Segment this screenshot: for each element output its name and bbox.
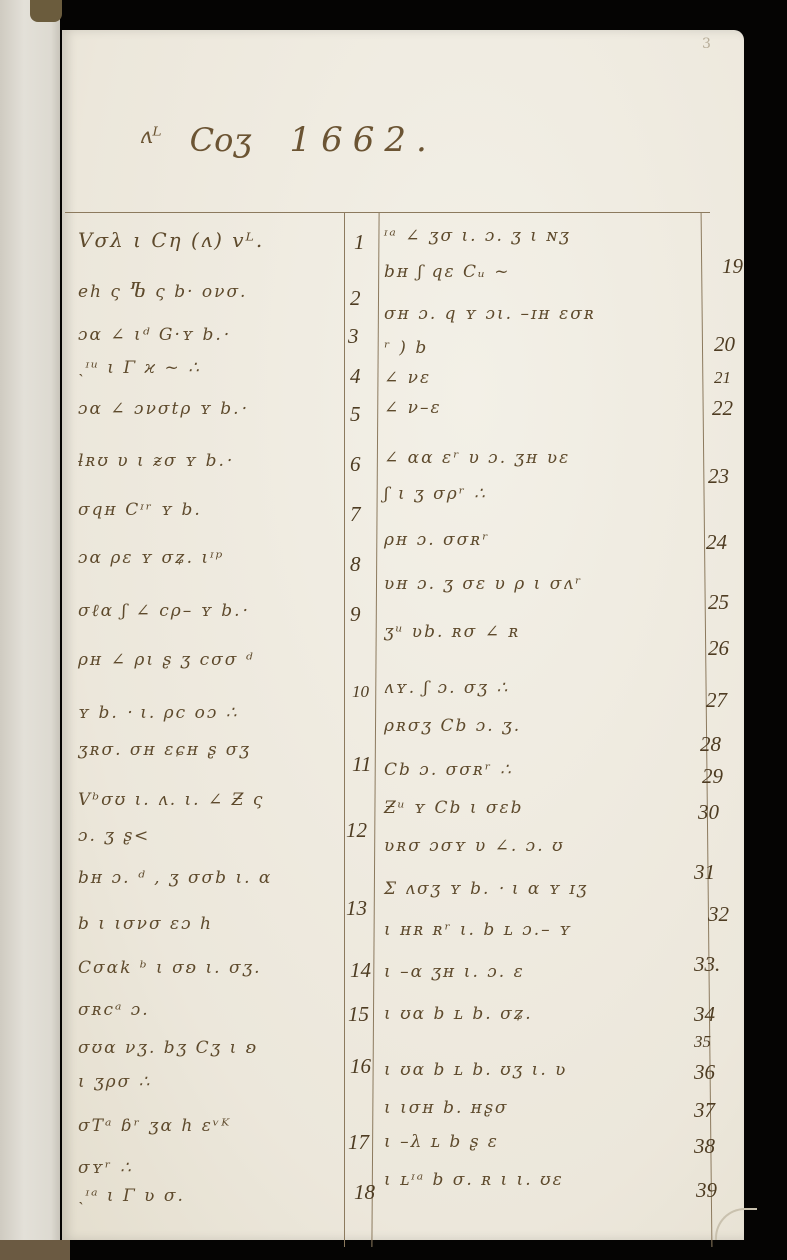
entry-line: Σ ʌσʒ ʏ b. ⸱ ι ɑ ʏ ɪʒ	[384, 876, 588, 899]
line-number: 24	[706, 530, 727, 555]
entry-line: ∠ ɑɑ ɛʳ υ ɔ. ʒʜ ʋɛ	[384, 448, 570, 468]
entry-line: ʒᵘ ʋb. ʀσ ∠ ʀ	[384, 622, 520, 642]
entry-line: ι ʊɑ b ʟ b. σʑ.	[384, 1004, 533, 1024]
entry-line: ∠ νɛ	[384, 368, 431, 388]
line-number: 35	[694, 1032, 711, 1052]
line-number: 15	[348, 1002, 369, 1027]
entry-line: b ι ισνσ ɛɔ h	[78, 914, 213, 934]
entry-line: ᶦᵃ ∠ ʒσ ι. ɔ. ʒ ι ɴʒ	[384, 226, 571, 246]
line-number: 17	[348, 1130, 369, 1155]
line-number: 26	[708, 636, 729, 661]
line-number: 12	[346, 818, 367, 843]
line-number: 38	[694, 1134, 715, 1159]
entry-line: ʌʏ. ʃ ɔ. σʒ ∴	[384, 678, 509, 698]
line-number: 1	[354, 230, 365, 255]
entry-line: ι ʒρσ ∴	[78, 1072, 151, 1092]
entry-line: eh ς Ⴊ ς b· oνσ.	[78, 282, 247, 302]
entry-line: σʀcᵃ ɔ.	[78, 1000, 150, 1020]
line-number: 22	[712, 396, 733, 421]
entry-line: ʋʜ ɔ. ʒ σɛ υ ρ ι σʌʳ	[384, 574, 583, 594]
entry-line: ι –λ ʟ b ʂ ɛ	[384, 1132, 499, 1152]
line-number: 32	[708, 902, 729, 927]
entry-line: bʜ ɔ. ᵈ , ʒ σσb ι. ɑ	[78, 868, 272, 888]
entry-line: ʳ ) b	[384, 338, 428, 358]
line-number: 25	[708, 590, 729, 615]
line-number: 27	[706, 688, 727, 713]
line-number: 20	[714, 332, 735, 357]
entry-line: ʃ ι ʒ σρʳ ∴	[384, 484, 487, 504]
page-heading: ʌᴸCoʒ1662.	[140, 120, 437, 160]
entry-line: ʒʀσ. σʜ ɛɕʜ ʂ σʒ	[78, 740, 251, 760]
entry-line: ι ισʜ b. ʜʂσ	[384, 1098, 508, 1118]
line-number: 39	[696, 1178, 717, 1203]
entry-line: σℓɑ ʃ ∠ cρ– ʏ b.⸱	[78, 598, 248, 621]
entry-line: ˎᶦᵃ ι Γ ʋ σ.	[78, 1186, 185, 1206]
line-number: 8	[350, 552, 361, 577]
entry-line: σʜ ɔ. q ʏ ɔι. –ɪʜ ɛσʀ	[384, 304, 596, 324]
binding-cover-edge	[0, 1240, 70, 1260]
entry-line: ι ʟᶦᵃ b σ. ʀ ι ι. ʊɛ	[384, 1170, 564, 1190]
heading-year: 1662.	[289, 120, 436, 160]
entry-line: Ƶᵘ ʏ Cb ι σɛb	[384, 798, 524, 818]
entry-line: ∠ ν–ɛ	[384, 398, 442, 418]
entry-line: ρʜ ɔ. σσʀʳ	[384, 530, 490, 550]
line-number: 30	[698, 800, 719, 825]
line-number: 16	[350, 1054, 371, 1079]
entry-line: ɔ. ʒ ʂ<	[78, 826, 150, 846]
entry-line: ƚʀʊ υ ι ƶσ ʏ b.⸱	[78, 448, 232, 471]
line-number: 13	[346, 896, 367, 921]
line-number: 9	[350, 602, 361, 627]
line-number: 2	[350, 286, 361, 311]
entry-line: σqʜ Cᶦʳ ʏ b.	[78, 500, 202, 520]
entry-line: Cb ɔ. σσʀʳ ∴	[384, 760, 513, 780]
line-number: 5	[350, 402, 361, 427]
top-ruled-line	[65, 212, 710, 213]
book-spine-left-page	[0, 0, 60, 1260]
entry-line: ρʜ ∠ ρι ʂ ʒ cσσ ᵈ	[78, 650, 255, 670]
entry-line: σʏʳ ∴	[78, 1158, 133, 1178]
line-number: 31	[694, 860, 715, 885]
entry-line: Vᵇσʊ ι. ʌ. ι. ∠ Ƶ ς	[78, 790, 264, 810]
entry-line: ι ʜʀ ʀʳ ι. b ʟ ɔ.– ʏ	[384, 920, 572, 940]
line-number: 19	[722, 254, 743, 279]
line-number: 10	[352, 682, 369, 702]
entry-line: σTᵃ ɓʳ ʒɑ h ɛᵛᴷ	[78, 1116, 231, 1136]
line-number: 28	[700, 732, 721, 757]
entry-line: ʋʀσ ɔσʏ υ ∠. ɔ. ʊ	[384, 836, 565, 856]
entry-line: ι ʊɑ b ʟ b. ʊʒ ι. ʋ	[384, 1060, 567, 1080]
entry-line: bʜ ʃ qɛ Cᵤ ~	[384, 262, 510, 282]
entry-line: ρʀσʒ Cb ɔ. ʒ.	[384, 716, 521, 736]
line-number: 11	[352, 752, 371, 777]
line-number: 23	[708, 464, 729, 489]
entry-line: ʏ b. ⸱ ι. ρc οɔ ∴	[78, 700, 239, 723]
entry-line: Cσɑk ᵇ ι σʚ ι. σʒ.	[78, 958, 262, 978]
left-number-column-rule-left	[344, 212, 345, 1247]
line-number: 7	[350, 502, 361, 527]
line-number: 34	[694, 1002, 715, 1027]
line-number: 36	[694, 1060, 715, 1085]
line-number: 6	[350, 452, 361, 477]
entry-line: σʊɑ νʒ. bʒ Cʒ ι ʚ	[78, 1038, 258, 1058]
line-number: 37	[694, 1098, 715, 1123]
folio-number: 3	[702, 36, 711, 52]
line-number: 4	[350, 364, 361, 389]
entry-line: ɔɑ ∠ ɔνσtρ ʏ b.⸱	[78, 396, 247, 419]
heading-word: Coʒ	[190, 121, 252, 159]
entry-line: ˎᶦᵘ ι Γ ϰ ~ ∴	[78, 358, 201, 378]
entry-line: Vσλ ι Cη (ʌ) vᴸ.	[78, 228, 264, 252]
entry-line: ɔɑ ρɛ ʏ σʑ. ιᶦᵖ	[78, 548, 224, 568]
line-number: 18	[354, 1180, 375, 1205]
line-number: 3	[348, 324, 359, 349]
line-number: 33.	[694, 952, 720, 977]
heading-symbol: ʌᴸ	[140, 124, 162, 149]
entry-line: ι –ɑ ʒʜ ι. ɔ. ɛ	[384, 962, 525, 982]
line-number: 21	[714, 368, 731, 388]
line-number: 29	[702, 764, 723, 789]
line-number: 14	[350, 958, 371, 983]
entry-line: ɔɑ ∠ ιᵈ G·ʏ b.⸱	[78, 322, 229, 345]
binding-clasp	[30, 0, 62, 22]
